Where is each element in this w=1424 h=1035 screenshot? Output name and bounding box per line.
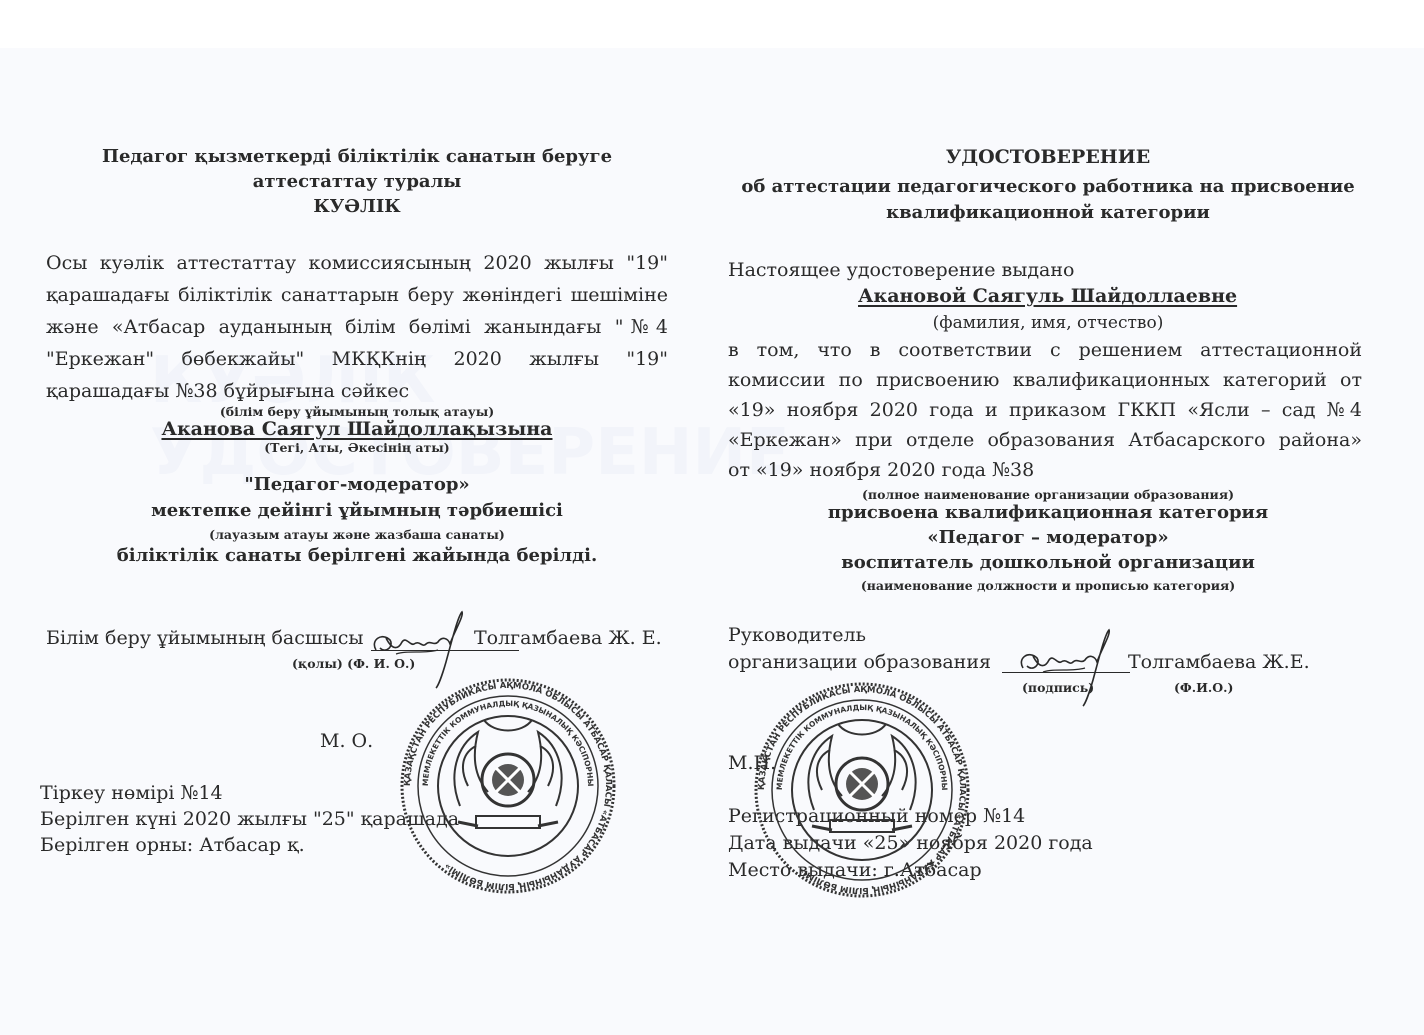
ru-head-label-1: Руководитель <box>728 624 866 646</box>
kz-body-line: Осы куәлік аттестаттау комиссиясының 202… <box>46 252 668 274</box>
ru-head-label-2: организации образования <box>728 651 991 673</box>
kz-body-line: "Еркежан" бөбекжайы" МКҚКнің 2020 жылғы … <box>46 348 668 370</box>
ru-issued-to-label: Настоящее удостоверение выдано <box>728 259 1074 281</box>
kz-org-caption: (білім беру ұйымының толық атауы) <box>46 404 668 419</box>
kz-category: "Педагог-модератор» <box>46 474 668 495</box>
kz-position-caption: (лауазым атауы және жазбаша санаты) <box>46 527 668 542</box>
ru-title-line2: квалификационной категории <box>728 202 1368 223</box>
kz-conclusion: біліктілік санаты берілгені жайында бері… <box>46 545 668 566</box>
ru-position-caption: (наименование должности и прописью катег… <box>728 578 1368 593</box>
ru-name-caption: (фамилия, имя, отчество) <box>728 313 1368 333</box>
kz-issue-date: Берілген күні 2020 жылғы "25" қарашада <box>40 808 459 830</box>
kz-body-line: қарашадағы №38 бұйрығына сәйкес <box>46 380 409 402</box>
ru-category: «Педагог – модератор» <box>728 527 1368 548</box>
ru-body-line: в том, что в соответствии с решением атт… <box>728 339 1362 361</box>
kz-official-stamp-icon: ҚАЗАҚСТАН РЕСПУБЛИКАСЫ АҚМОЛА ОБЛЫСЫ АТБ… <box>398 676 618 896</box>
ru-body-line: «19» ноября 2020 года и приказом ГККП «Я… <box>728 399 1362 421</box>
ru-assigned-label: присвоена квалификационная категория <box>728 502 1368 523</box>
kz-title-line2: аттестаттау туралы <box>46 171 668 192</box>
ru-head-name: Толгамбаева Ж.Е. <box>1128 651 1310 673</box>
kz-head-label: Білім беру ұйымының басшысы <box>46 627 363 649</box>
ru-title-main: УДОСТОВЕРЕНИЕ <box>728 146 1368 168</box>
kz-issue-place: Берілген орны: Атбасар қ. <box>40 834 305 856</box>
ru-official-stamp-icon: ҚАЗАҚСТАН РЕСПУБЛИКАСЫ АҚМОЛА ОБЛЫСЫ АТБ… <box>752 680 972 900</box>
ru-recipient-name: Акановой Саягуль Шайдоллаевне <box>858 285 1237 307</box>
kz-title-line1: Педагог қызметкерді біліктілік санатын б… <box>46 146 668 167</box>
ru-title-line1: об аттестации педагогического работника … <box>728 176 1368 197</box>
kz-head-name: Толгамбаева Ж. Е. <box>474 627 662 649</box>
ru-fio-caption: (Ф.И.О.) <box>1174 680 1233 695</box>
ru-org-caption: (полное наименование организации образов… <box>728 487 1368 502</box>
kz-seal-label: М. О. <box>320 730 373 752</box>
ru-position: воспитатель дошкольной организации <box>728 552 1368 573</box>
kz-body-line: және «Атбасар ауданының білім бөлімі жан… <box>46 316 668 338</box>
kz-registration: Тіркеу нөмірі №14 <box>40 782 223 804</box>
ru-body-line: «Еркежан» при отделе образования Атбасар… <box>728 429 1362 451</box>
kz-title-main: КУӘЛІК <box>46 196 668 217</box>
ru-signature-icon <box>1015 628 1125 708</box>
kz-position: мектепке дейінгі ұйымның тәрбиешісі <box>46 500 668 521</box>
kz-body-line: қарашадағы біліктілік санаттарын беру жө… <box>46 284 668 306</box>
kz-name-caption: (Тегі, Аты, Әкесінің аты) <box>46 440 668 455</box>
ru-body-line: от «19» ноября 2020 года №38 <box>728 459 1034 481</box>
ru-body-line: комиссии по присвоению квалификационных … <box>728 369 1362 391</box>
kz-recipient-name: Аканова Саягул Шайдоллақызына <box>46 418 668 440</box>
